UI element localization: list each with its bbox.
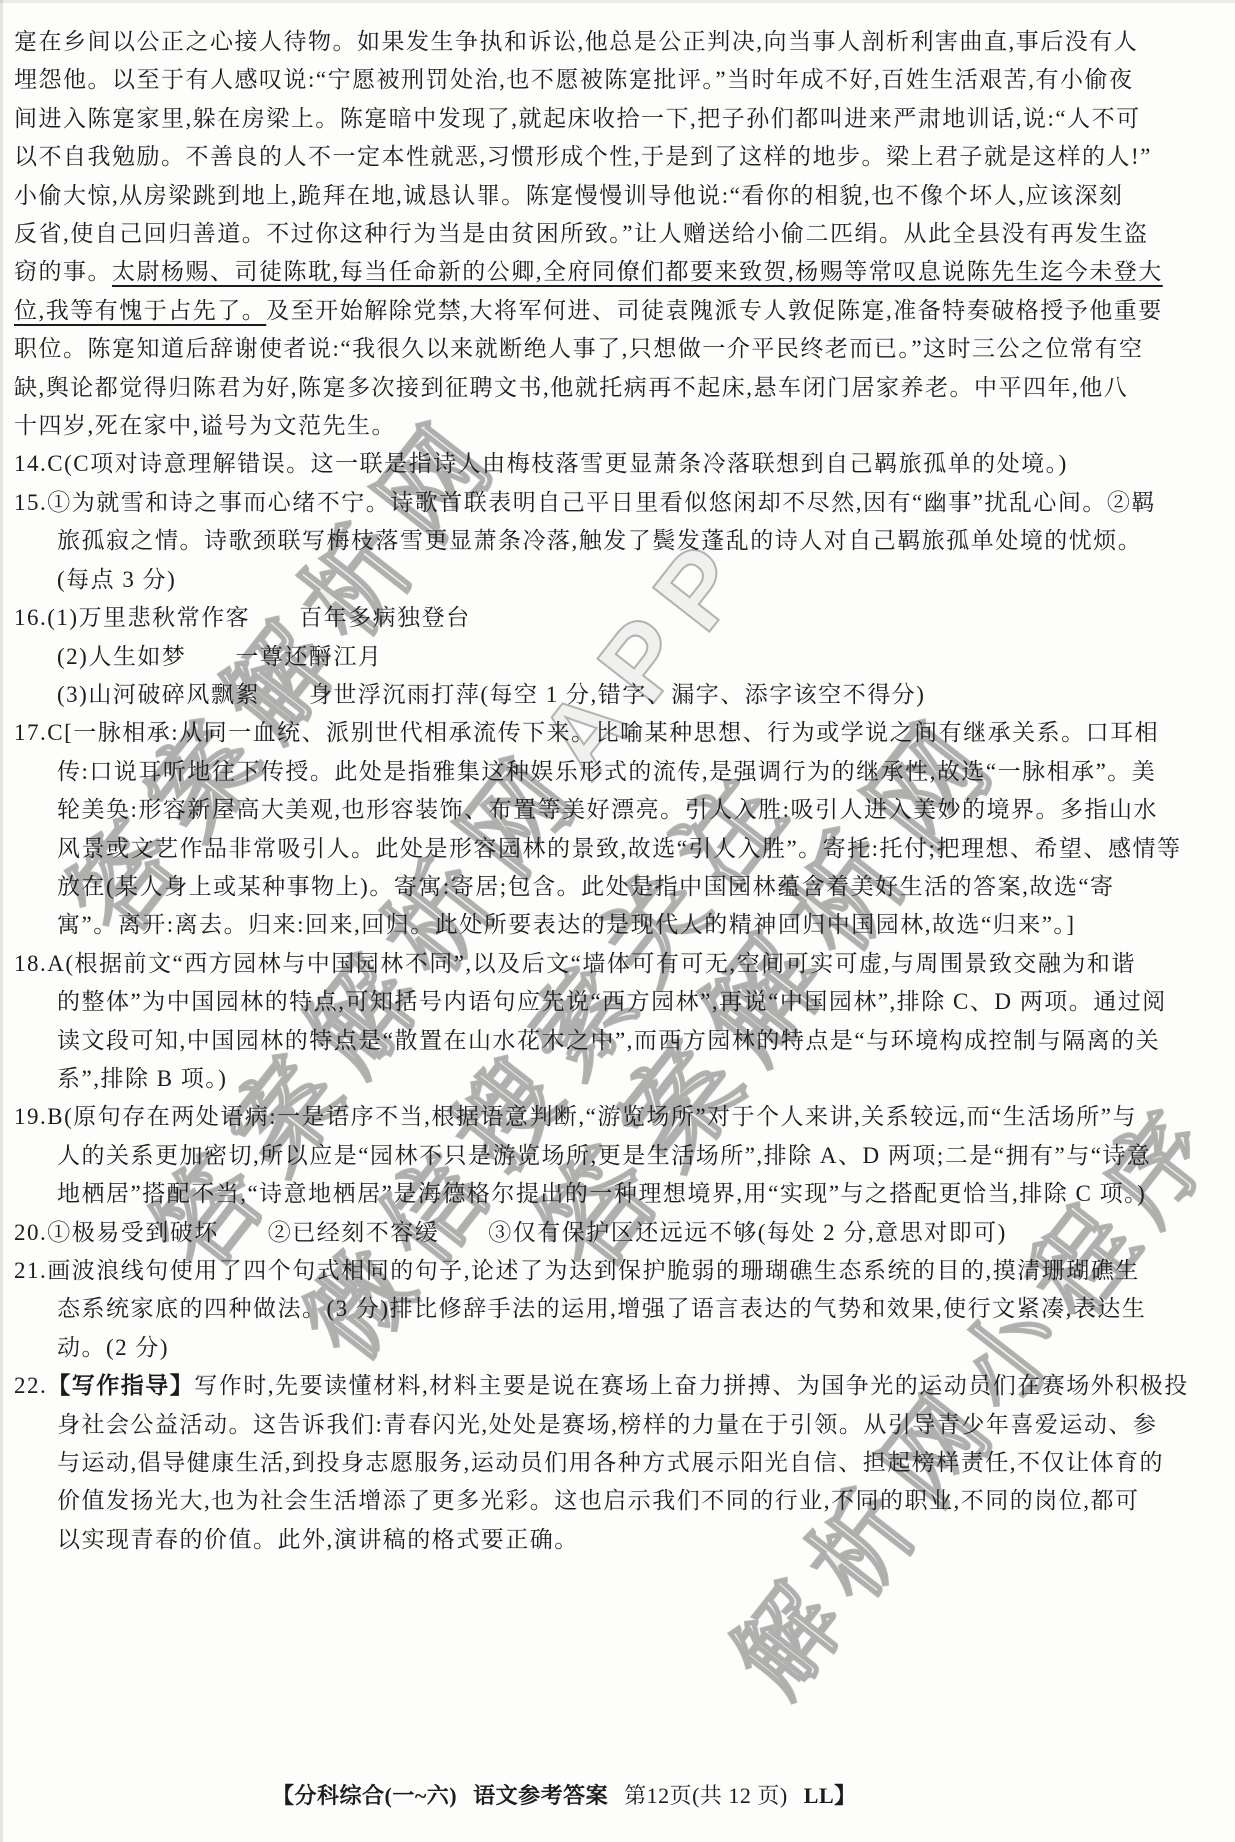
text-segment: 风景或文艺作品非常吸引人。此处是形容园林的景致,故选“引人入胜”。寄托:托付;把… [57, 836, 1181, 861]
text-segment: 间进入陈寔家里,躲在房梁上。陈寔暗中发现了,就起床收拾一下,把子孙们都叫进来严肃… [14, 106, 1141, 131]
text-segment: 以不自我勉励。不善良的人不一定本性就恶,习惯形成个性,于是到了这样的地步。梁上君… [14, 144, 1152, 169]
text-segment: 18.A(根据前文“西方园林与中国园林不同”,以及后文“墙体可有可无,空间可实可… [14, 951, 1136, 976]
text-segment: 小偷大惊,从房梁跳到地上,跪拜在地,诚恳认罪。陈寔慢慢训导他说:“看你的相貌,也… [14, 183, 1123, 208]
text-segment: 职位。陈寔知道后辞谢使者说:“我很久以来就断绝人事了,只想做一介平民终老而已。”… [14, 336, 1144, 361]
text-segment: 21.画波浪线句使用了四个句式相同的句子,论述了为达到保护脆弱的珊瑚礁生态系统的… [14, 1258, 1140, 1283]
text-line: 身社会公益活动。这告诉我们:青春闪光,处处是赛场,榜样的力量在于引领。从引导青少… [14, 1406, 1235, 1444]
text-line: 风景或文艺作品非常吸引人。此处是形容园林的景致,故选“引人入胜”。寄托:托付;把… [14, 830, 1235, 868]
text-line: 反省,使自己回归善道。不过你这种行为当是由贫困所致。”让人赠送给小偷二匹绢。从此… [14, 215, 1235, 253]
text-segment: 缺,舆论都觉得归陈君为好,陈寔多次接到征聘文书,他就托病再不起床,悬车闭门居家养… [14, 375, 1128, 400]
text-line: 小偷大惊,从房梁跳到地上,跪拜在地,诚恳认罪。陈寔慢慢训导他说:“看你的相貌,也… [14, 177, 1235, 215]
text-segment: 反省,使自己回归善道。不过你这种行为当是由贫困所致。”让人赠送给小偷二匹绢。从此… [14, 221, 1148, 246]
footer-segment: LL】 [804, 1783, 857, 1808]
text-segment: 15.①为就雪和诗之事而心绪不宁。诗歌首联表明自己平日里看似悠闲却不尽然,因有“… [14, 490, 1156, 515]
text-segment: 读文段可知,中国园林的特点是“散置在山水花木之中”,而西方园林的特点是“与环境构… [57, 1028, 1160, 1053]
text-segment: 埋怨他。以至于有人感叹说:“宁愿被刑罚处治,也不愿被陈寔批评。”当时年成不好,百… [14, 67, 1134, 92]
text-segment: 地栖居”搭配不当,“诗意地栖居”是海德格尔提出的一种理想境界,用“实现”与之搭配… [57, 1181, 1146, 1206]
text-segment: 寓”。离开:离去。归来:回来,回归。此处所要表达的是现代人的精神回归中国园林,故… [57, 912, 1076, 937]
text-line: 与运动,倡导健康生活,到投身志愿服务,运动员们用各种方式展示阳光自信、担起榜样责… [14, 1444, 1235, 1482]
scan-edge-artifact [0, 0, 1235, 3]
text-segment: 16.(1)万里悲秋常作客 百年多病独登台 [14, 605, 471, 630]
text-line: 22.【写作指导】写作时,先要读懂材料,材料主要是说在赛场上奋力拼搏、为国争光的… [14, 1367, 1235, 1405]
footer-segment: 【分科综合(一~六) [272, 1783, 457, 1808]
text-segment: 旅孤寂之情。诗歌颈联写梅枝落雪更显萧条冷落,触发了鬓发蓬乱的诗人对自己羁旅孤单处… [57, 528, 1142, 553]
answer-text: 寔在乡间以公正之心接人待物。如果发生争执和诉讼,他总是公正判决,向当事人剖析利害… [14, 23, 1235, 1559]
text-line: 位,我等有愧于占先了。及至开始解除党禁,大将军何进、司徒袁隗派专人敦促陈寔,准备… [14, 292, 1235, 330]
text-line: 以实现青春的价值。此外,演讲稿的格式要正确。 [14, 1521, 1235, 1559]
text-segment: 写作时,先要读懂材料,材料主要是说在赛场上奋力拼搏、为国争光的运动员们在赛场外积… [194, 1373, 1189, 1398]
text-segment: 寔在乡间以公正之心接人待物。如果发生争执和诉讼,他总是公正判决,向当事人剖析利害… [14, 29, 1138, 54]
text-line: 寓”。离开:离去。归来:回来,回归。此处所要表达的是现代人的精神回归中国园林,故… [14, 906, 1235, 944]
text-line: (2)人生如梦 一尊还酹江月 [14, 638, 1235, 676]
text-line: 地栖居”搭配不当,“诗意地栖居”是海德格尔提出的一种理想境界,用“实现”与之搭配… [14, 1175, 1235, 1213]
text-segment: (每点 3 分) [57, 567, 176, 592]
text-line: 轮美奂:形容新屋高大美观,也形容装饰、布置等美好漂亮。引人入胜:吸引人进入美妙的… [14, 791, 1235, 829]
text-segment: 态系统家底的四种做法。(3 分)排比修辞手法的运用,增强了语言表达的气势和效果,… [57, 1296, 1146, 1321]
text-segment: 19.B(原句存在两处语病:一是语序不当,根据语意判断,“游览场所”对于个人来讲… [14, 1104, 1137, 1129]
text-segment: 身社会公益活动。这告诉我们:青春闪光,处处是赛场,榜样的力量在于引领。从引导青少… [57, 1412, 1157, 1437]
text-line: 十四岁,死在家中,谥号为文范先生。 [14, 407, 1235, 445]
text-segment: 系”,排除 B 项。) [57, 1066, 227, 1091]
scan-edge-artifact [0, 0, 3, 1842]
text-segment: 及至开始解除党禁,大将军何进、司徒袁隗派专人敦促陈寔,准备特奏破格授予他重要 [266, 298, 1163, 323]
text-line: 动。(2 分) [14, 1329, 1235, 1367]
text-line: 间进入陈寔家里,躲在房梁上。陈寔暗中发现了,就起床收拾一下,把子孙们都叫进来严肃… [14, 100, 1235, 138]
text-segment: 价值发扬光大,也为社会生活增添了更多光彩。这也启示我们不同的行业,不同的职业,不… [57, 1488, 1140, 1513]
text-line: 寔在乡间以公正之心接人待物。如果发生争执和诉讼,他总是公正判决,向当事人剖析利害… [14, 23, 1235, 61]
text-segment: (3)山河破碎风飘絮 身世浮沉雨打萍(每空 1 分,错字、漏字、添字该空不得分) [57, 682, 925, 707]
text-line: 17.C[一脉相承:从同一血统、派别世代相承流传下来。比喻某种思想、行为或学说之… [14, 714, 1235, 752]
text-line: 读文段可知,中国园林的特点是“散置在山水花木之中”,而西方园林的特点是“与环境构… [14, 1022, 1235, 1060]
text-line: 系”,排除 B 项。) [14, 1060, 1235, 1098]
text-segment: 传:口说耳听地往下传授。此处是指雅集这种娱乐形式的流传,是强调行为的继承性,故选… [57, 759, 1156, 784]
text-line: (每点 3 分) [14, 561, 1235, 599]
text-segment: 【写作指导】 [47, 1373, 194, 1398]
text-line: 20.①极易受到破坏 ②已经刻不容缓 ③仅有保护区还远远不够(每处 2 分,意思… [14, 1214, 1235, 1252]
text-segment: 的整体”为中国园林的特点,可知括号内语句应先说“西方园林”,再说“中国园林”,排… [57, 989, 1167, 1014]
text-segment: 人的关系更加密切,所以应是“园林不只是游览场所,更是生活场所”,排除 A、D 两… [57, 1143, 1151, 1168]
text-segment: 太尉杨赐、司徒陈耽,每当任命新的公卿,全府同僚们都要来致贺,杨赐等常叹息说陈先生… [112, 259, 1163, 284]
text-line: 19.B(原句存在两处语病:一是语序不当,根据语意判断,“游览场所”对于个人来讲… [14, 1098, 1235, 1136]
text-line: 以不自我勉励。不善良的人不一定本性就恶,习惯形成个性,于是到了这样的地步。梁上君… [14, 138, 1235, 176]
text-line: 职位。陈寔知道后辞谢使者说:“我很久以来就断绝人事了,只想做一介平民终老而已。”… [14, 330, 1235, 368]
document-page: 答案解析网答案解析网APP微信搜索关注答案解析网解析网小程序 寔在乡间以公正之心… [0, 0, 1235, 1842]
text-segment: 位,我等有愧于占先了。 [14, 298, 266, 323]
text-segment: 17.C[一脉相承:从同一血统、派别世代相承流传下来。比喻某种思想、行为或学说之… [14, 720, 1159, 745]
text-line: 旅孤寂之情。诗歌颈联写梅枝落雪更显萧条冷落,触发了鬓发蓬乱的诗人对自己羁旅孤单处… [14, 522, 1235, 560]
text-segment: 以实现青春的价值。此外,演讲稿的格式要正确。 [57, 1527, 579, 1552]
text-segment: 窃的事。 [14, 259, 112, 284]
text-segment: 放在(某人身上或某种事物上)。寄寓:寄居;包含。此处是指中国园林蕴含着美好生活的… [57, 874, 1115, 899]
text-segment: 20.①极易受到破坏 ②已经刻不容缓 ③仅有保护区还远远不够(每处 2 分,意思… [14, 1220, 1007, 1245]
footer-segment: 第12页(共 12 页) [624, 1783, 788, 1808]
text-line: 人的关系更加密切,所以应是“园林不只是游览场所,更是生活场所”,排除 A、D 两… [14, 1137, 1235, 1175]
text-line: 16.(1)万里悲秋常作客 百年多病独登台 [14, 599, 1235, 637]
text-line: 14.C(C项对诗意理解错误。这一联是指诗人由梅枝落雪更显萧条冷落联想到自己羁旅… [14, 445, 1235, 483]
text-segment: (2)人生如梦 一尊还酹江月 [57, 644, 382, 669]
text-segment: 与运动,倡导健康生活,到投身志愿服务,运动员们用各种方式展示阳光自信、担起榜样责… [57, 1450, 1164, 1475]
text-segment: 动。(2 分) [57, 1335, 169, 1360]
text-line: 21.画波浪线句使用了四个句式相同的句子,论述了为达到保护脆弱的珊瑚礁生态系统的… [14, 1252, 1235, 1290]
footer-segment: 语文参考答案 [473, 1783, 608, 1808]
text-segment: 轮美奂:形容新屋高大美观,也形容装饰、布置等美好漂亮。引人入胜:吸引人进入美妙的… [57, 797, 1158, 822]
text-line: 15.①为就雪和诗之事而心绪不宁。诗歌首联表明自己平日里看似悠闲却不尽然,因有“… [14, 484, 1235, 522]
page-footer: 【分科综合(一~六)语文参考答案第12页(共 12 页)LL】 [272, 1779, 857, 1810]
text-line: 18.A(根据前文“西方园林与中国园林不同”,以及后文“墙体可有可无,空间可实可… [14, 945, 1235, 983]
text-line: 传:口说耳听地往下传授。此处是指雅集这种娱乐形式的流传,是强调行为的继承性,故选… [14, 753, 1235, 791]
text-line: 窃的事。太尉杨赐、司徒陈耽,每当任命新的公卿,全府同僚们都要来致贺,杨赐等常叹息… [14, 253, 1235, 291]
text-line: 缺,舆论都觉得归陈君为好,陈寔多次接到征聘文书,他就托病再不起床,悬车闭门居家养… [14, 369, 1235, 407]
text-line: 的整体”为中国园林的特点,可知括号内语句应先说“西方园林”,再说“中国园林”,排… [14, 983, 1235, 1021]
text-segment: 14.C(C项对诗意理解错误。这一联是指诗人由梅枝落雪更显萧条冷落联想到自己羁旅… [14, 451, 1068, 476]
text-line: 态系统家底的四种做法。(3 分)排比修辞手法的运用,增强了语言表达的气势和效果,… [14, 1290, 1235, 1328]
text-line: (3)山河破碎风飘絮 身世浮沉雨打萍(每空 1 分,错字、漏字、添字该空不得分) [14, 676, 1235, 714]
text-line: 埋怨他。以至于有人感叹说:“宁愿被刑罚处治,也不愿被陈寔批评。”当时年成不好,百… [14, 61, 1235, 99]
text-line: 放在(某人身上或某种事物上)。寄寓:寄居;包含。此处是指中国园林蕴含着美好生活的… [14, 868, 1235, 906]
text-segment: 22. [14, 1373, 47, 1398]
text-segment: 十四岁,死在家中,谥号为文范先生。 [14, 413, 396, 438]
text-line: 价值发扬光大,也为社会生活增添了更多光彩。这也启示我们不同的行业,不同的职业,不… [14, 1482, 1235, 1520]
